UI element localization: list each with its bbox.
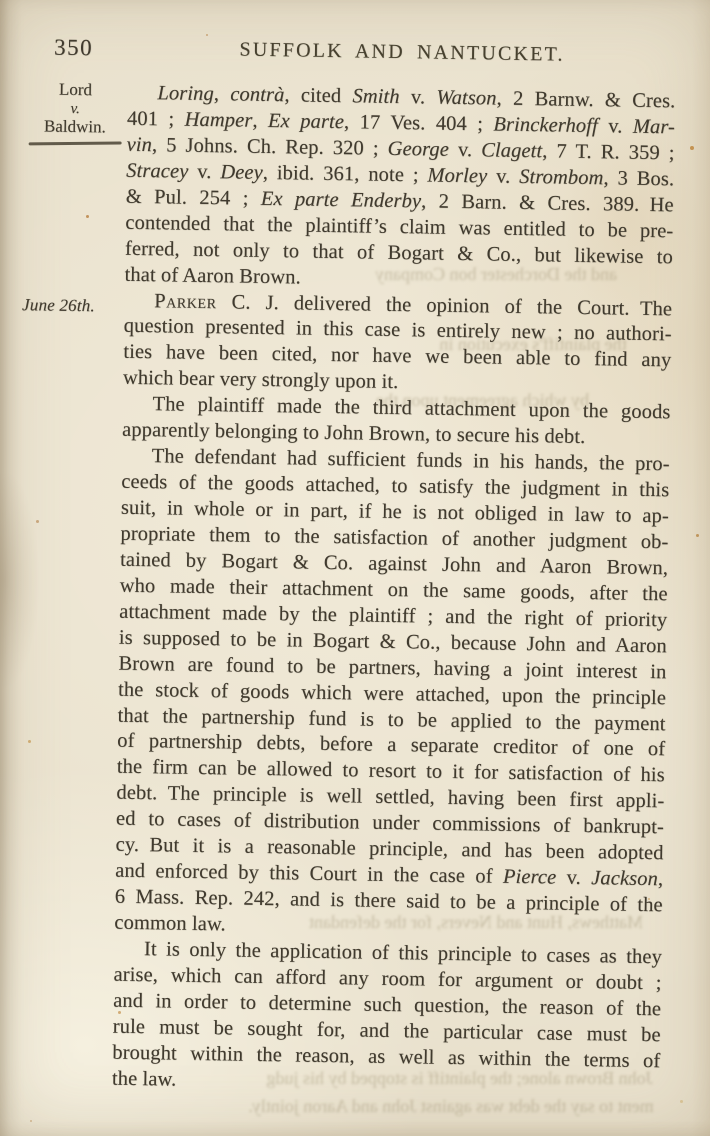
paper-speck bbox=[648, 898, 650, 900]
paper-speck bbox=[118, 1011, 121, 1014]
margin-note-date: June 26th. bbox=[22, 295, 126, 317]
paper-speck bbox=[690, 146, 694, 150]
paragraph: The plaintiff made the third attachment … bbox=[122, 392, 671, 452]
paper-speck bbox=[696, 534, 699, 537]
margin-note-case: Lord v. Baldwin. bbox=[27, 80, 124, 137]
page-content: 350 SUFFOLK AND NANTUCKET. Lord v. Baldw… bbox=[0, 0, 710, 1136]
paragraph: Loring, contrà, cited Smith v. Watson, 2… bbox=[124, 81, 675, 297]
scanned-book-page: { "colors": { "paper": "#e9e1cd", "ink":… bbox=[0, 0, 710, 1136]
paragraph: It is only the application of this princ… bbox=[112, 937, 662, 1101]
paper-speck bbox=[680, 1100, 683, 1103]
paper-speck bbox=[206, 34, 208, 36]
margin-rule bbox=[29, 142, 122, 145]
paper-speck bbox=[30, 1120, 32, 1122]
paragraph: Parker C. J. delivered the opinion of th… bbox=[123, 288, 673, 400]
margin-case-party2: Baldwin. bbox=[27, 117, 123, 137]
paper-speck bbox=[500, 562, 502, 564]
running-head: SUFFOLK AND NANTUCKET. bbox=[128, 37, 676, 69]
body-text: Loring, contrà, cited Smith v. Watson, 2… bbox=[112, 81, 676, 1101]
margin-case-versus: v. bbox=[27, 99, 123, 119]
paper-speck bbox=[36, 520, 39, 523]
paper-speck bbox=[86, 215, 89, 218]
page-number: 350 bbox=[54, 35, 93, 62]
paper-speck bbox=[28, 740, 31, 743]
paragraph: The defendant had sufficient funds in hi… bbox=[114, 444, 670, 945]
margin-case-party1: Lord bbox=[27, 80, 123, 100]
